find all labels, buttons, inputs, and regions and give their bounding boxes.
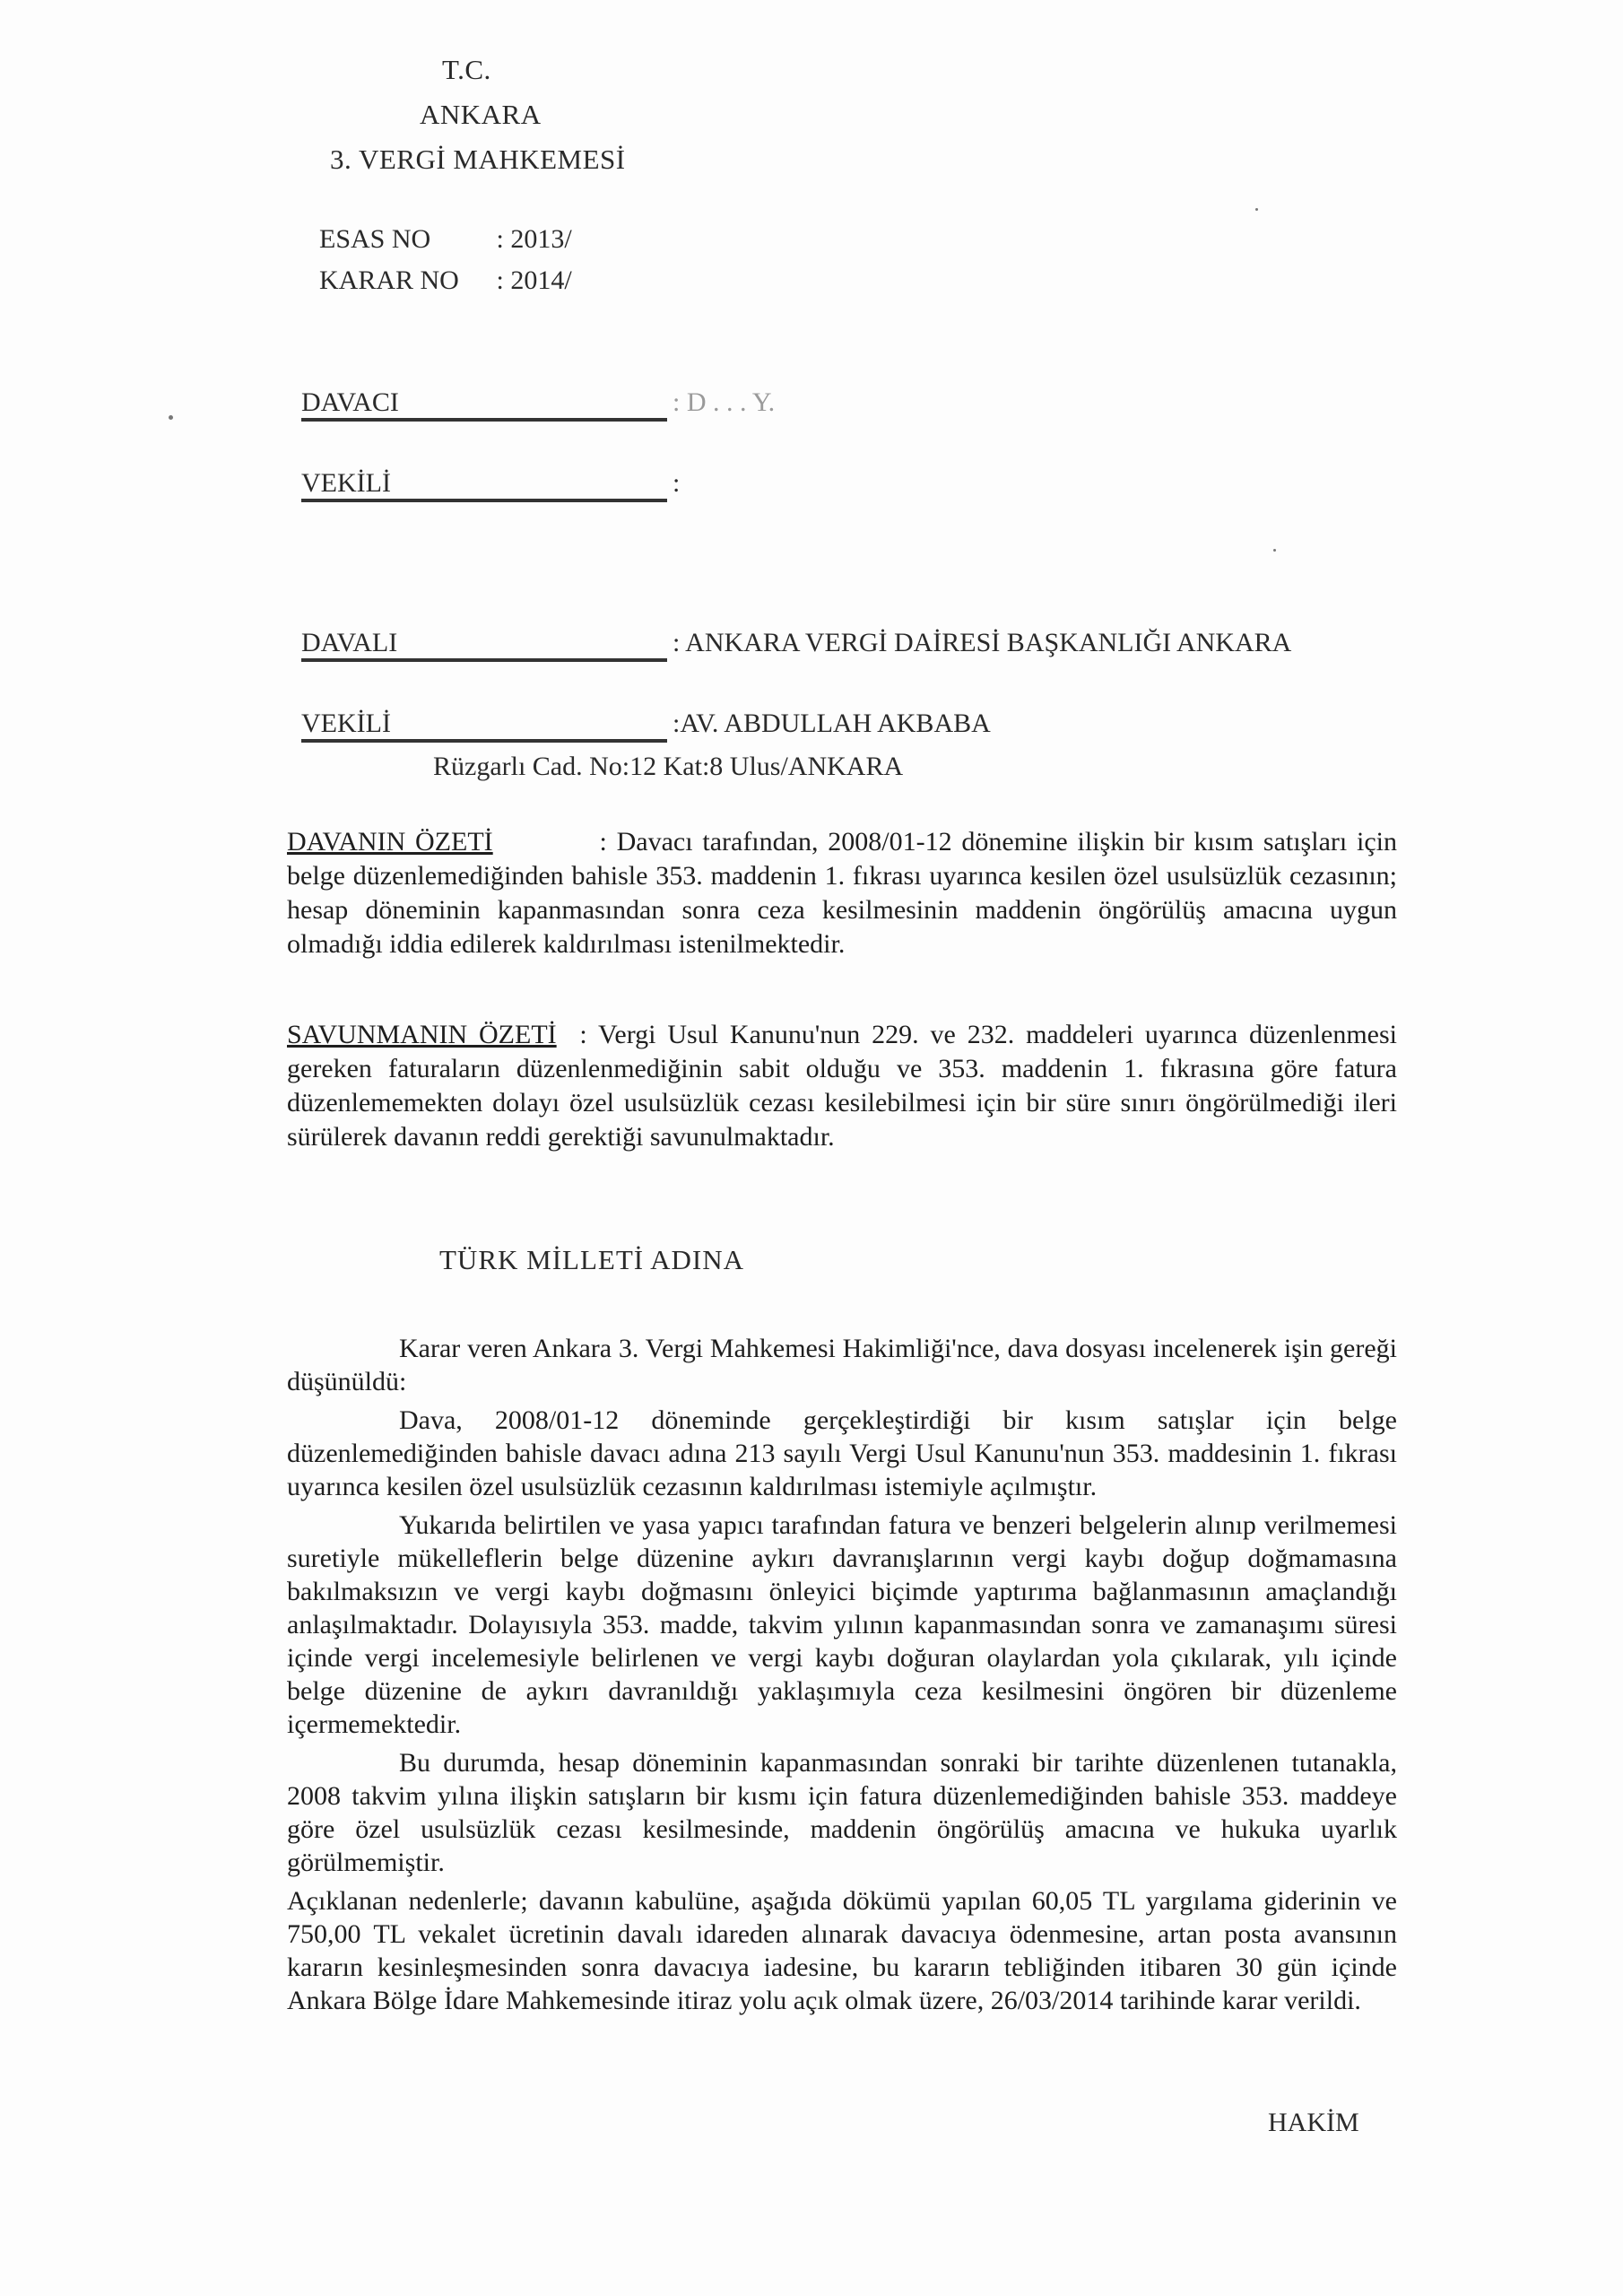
davali-label: DAVALI <box>301 628 667 662</box>
karar-no-value: : 2014/ <box>497 265 572 295</box>
scan-speck <box>1273 549 1276 552</box>
davaci-value: : D . . . Y. <box>673 387 775 417</box>
decision-body: Karar veren Ankara 3. Vergi Mahkemesi Ha… <box>287 1332 1397 2022</box>
header-city: ANKARA <box>420 99 542 131</box>
esas-no-row: ESAS NO : 2013/ <box>319 224 572 255</box>
savunmanin-ozeti-section: SAVUNMANIN ÖZETİ : Vergi Usul Kanunu'nun… <box>287 1018 1397 1154</box>
davali-vekili-value: :AV. ABDULLAH AKBABA <box>673 709 991 738</box>
davaci-vekili-label: VEKİLİ <box>301 468 667 502</box>
karar-no-row: KARAR NO : 2014/ <box>319 265 572 296</box>
judge-signature: HAKİM <box>1268 2108 1359 2138</box>
esas-no-value: : 2013/ <box>497 224 572 254</box>
karar-no-label: KARAR NO <box>319 265 490 296</box>
davali-vekili-label: VEKİLİ <box>301 709 667 743</box>
scan-speck <box>169 415 173 420</box>
davaci-row: DAVACI: D . . . Y. <box>301 387 775 422</box>
scan-speck <box>1255 208 1258 211</box>
davanin-ozeti-section: DAVANIN ÖZETİ : Davacı tarafından, 2008/… <box>287 825 1397 961</box>
davali-vekili-address: Rüzgarlı Cad. No:12 Kat:8 Ulus/ANKARA <box>433 752 903 782</box>
davanin-ozeti-label: DAVANIN ÖZETİ <box>287 827 493 857</box>
esas-no-label: ESAS NO <box>319 224 490 255</box>
decision-paragraph: Karar veren Ankara 3. Vergi Mahkemesi Ha… <box>287 1332 1397 1398</box>
savunmanin-ozeti-label: SAVUNMANIN ÖZETİ <box>287 1020 557 1049</box>
decision-paragraph: Açıklanan nedenlerle; davanın kabulüne, … <box>287 1884 1397 2017</box>
decision-title: TÜRK MİLLETİ ADINA <box>439 1244 1067 1276</box>
header-tc: T.C. <box>442 54 491 86</box>
davaci-label: DAVACI <box>301 387 667 422</box>
davaci-vekili-value: : <box>673 468 680 498</box>
davali-vekili-row: VEKİLİ:AV. ABDULLAH AKBABA <box>301 709 991 743</box>
davaci-vekili-row: VEKİLİ: <box>301 468 680 502</box>
davali-row: DAVALI: ANKARA VERGİ DAİRESİ BAŞKANLIĞI … <box>301 628 1291 662</box>
decision-paragraph: Bu durumda, hesap döneminin kapanmasında… <box>287 1746 1397 1879</box>
decision-paragraph: Dava, 2008/01-12 döneminde gerçekleştird… <box>287 1404 1397 1503</box>
decision-paragraph: Yukarıda belirtilen ve yasa yapıcı taraf… <box>287 1509 1397 1741</box>
header-court-name: 3. VERGİ MAHKEMESİ <box>330 143 626 176</box>
scanned-court-decision-page: T.C. ANKARA 3. VERGİ MAHKEMESİ ESAS NO :… <box>0 0 1623 2296</box>
davali-value: : ANKARA VERGİ DAİRESİ BAŞKANLIĞI ANKARA <box>673 628 1291 657</box>
